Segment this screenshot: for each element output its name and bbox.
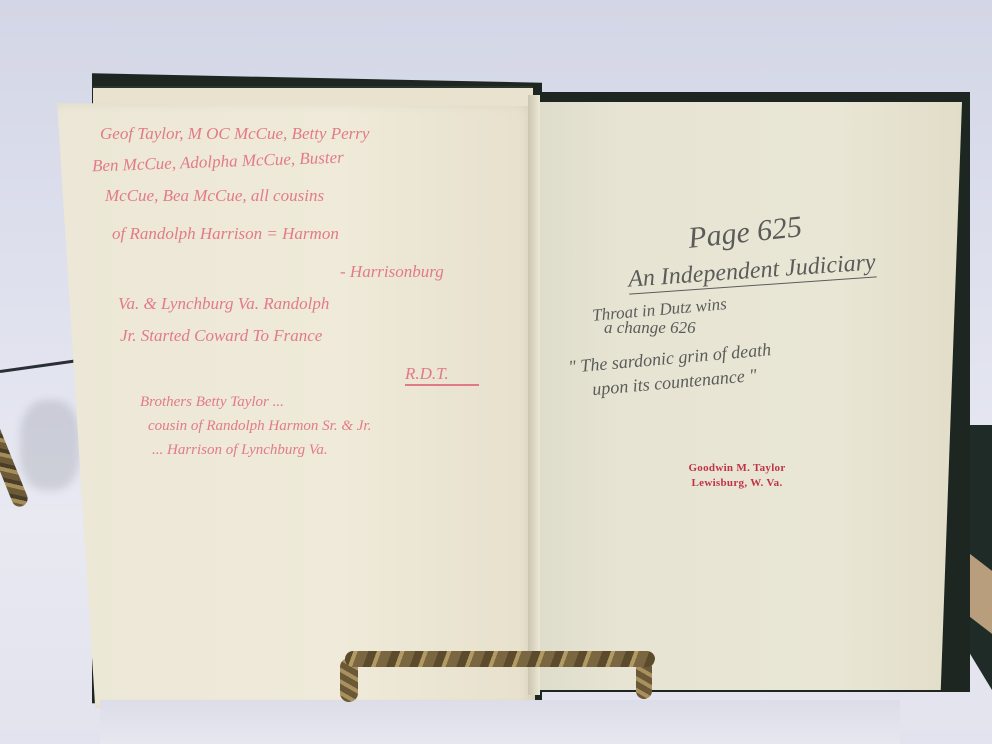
stand-shadow (20, 400, 80, 490)
owner-stamp: Goodwin M. Taylor Lewisburg, W. Va. (672, 462, 802, 489)
book-gutter (528, 95, 540, 695)
inscription-line: McCue, Bea McCue, all cousins (105, 186, 324, 206)
inscription-initials: R.D.T. (405, 364, 479, 386)
stamp-name: Goodwin M. Taylor (672, 462, 802, 474)
note-line: a change 626 (604, 318, 696, 338)
inscription-line: cousin of Randolph Harmon Sr. & Jr. (148, 418, 371, 435)
table-surface (100, 700, 900, 744)
inscription-line: ... Harrison of Lynchburg Va. (152, 442, 328, 459)
stamp-location: Lewisburg, W. Va. (672, 477, 802, 489)
brass-book-stand (345, 651, 655, 667)
inscription-line: - Harrisonburg (340, 262, 444, 282)
inscription-line: Jr. Started Coward To France (120, 326, 322, 346)
inscription-line: Brothers Betty Taylor ... (140, 394, 284, 411)
inscription-line: Va. & Lynchburg Va. Randolph (118, 294, 329, 314)
inscription-line: Geof Taylor, M OC McCue, Betty Perry (100, 124, 369, 144)
inscription-line: of Randolph Harrison = Harmon (112, 224, 339, 244)
